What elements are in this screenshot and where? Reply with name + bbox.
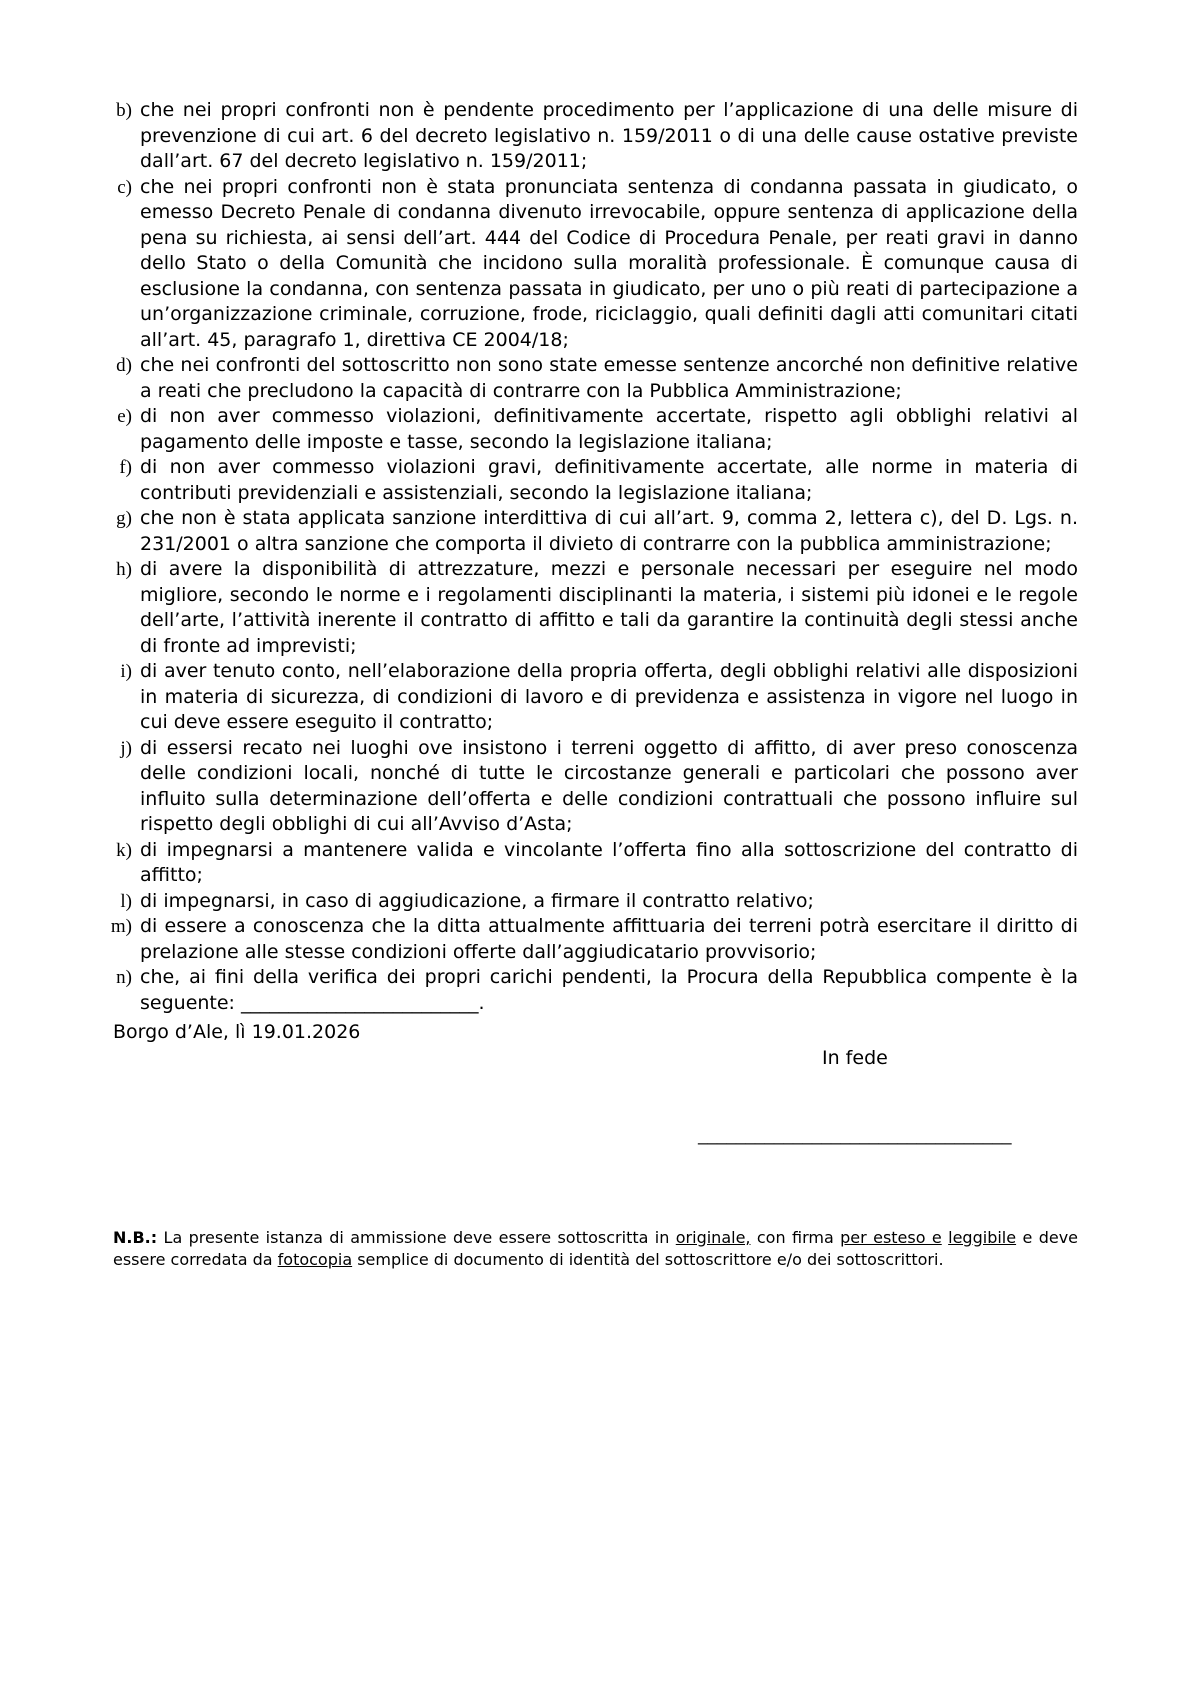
list-item: g)che non è stata applicata sanzione int… xyxy=(113,506,1078,557)
nb-segment: essere corredata da xyxy=(113,1250,278,1269)
list-item-text: che non è stata applicata sanzione inter… xyxy=(140,507,1078,555)
signature-line: _________________________________ xyxy=(698,1122,1078,1148)
list-item-text: che, ai fini della verifica dei propri c… xyxy=(140,966,1078,1014)
list-item-text: di impegnarsi, in caso di aggiudicazione… xyxy=(140,890,814,912)
list-item-marker: e) xyxy=(107,404,132,430)
list-item-marker: h) xyxy=(107,557,132,583)
place-date: Borgo d’Ale, lì 19.01.2026 xyxy=(113,1020,1078,1046)
list-item-marker: f) xyxy=(107,455,132,481)
list-item: l)di impegnarsi, in caso di aggiudicazio… xyxy=(113,889,1078,915)
nb-note-line: N.B.: La presente istanza di ammissione … xyxy=(113,1227,1078,1249)
list-item-text: di essersi recato nei luoghi ove insisto… xyxy=(140,737,1078,836)
nb-note-line: essere corredata da fotocopia semplice d… xyxy=(113,1249,1078,1271)
statement-list: b)che nei propri confronti non è pendent… xyxy=(113,98,1078,1016)
list-item: e)di non aver commesso violazioni, defin… xyxy=(113,404,1078,455)
list-item: i)di aver tenuto conto, nell’elaborazion… xyxy=(113,659,1078,736)
list-item: d)che nei confronti del sottoscritto non… xyxy=(113,353,1078,404)
nb-segment: e deve xyxy=(1016,1228,1078,1247)
list-item-marker: m) xyxy=(107,914,132,940)
list-item: f)di non aver commesso violazioni gravi,… xyxy=(113,455,1078,506)
list-item: j)di essersi recato nei luoghi ove insis… xyxy=(113,736,1078,838)
list-item-marker: b) xyxy=(107,98,132,124)
nb-segment: leggibile xyxy=(948,1228,1016,1247)
list-item: h)di avere la disponibilità di attrezzat… xyxy=(113,557,1078,659)
nb-segment: per esteso e xyxy=(840,1228,942,1247)
list-item-marker: n) xyxy=(107,965,132,991)
list-item-text: di aver tenuto conto, nell’elaborazione … xyxy=(140,660,1078,733)
nb-segment: fotocopia xyxy=(278,1250,352,1269)
list-item-text: che nei confronti del sottoscritto non s… xyxy=(140,354,1078,402)
list-item-marker: l) xyxy=(107,889,132,915)
in-fede-label: In fede xyxy=(822,1046,1078,1072)
list-item: b)che nei propri confronti non è pendent… xyxy=(113,98,1078,175)
list-item-text: di avere la disponibilità di attrezzatur… xyxy=(140,558,1078,657)
list-item: c)che nei propri confronti non è stata p… xyxy=(113,175,1078,354)
document-page: b)che nei propri confronti non è pendent… xyxy=(113,98,1078,1271)
list-item: n)che, ai fini della verifica dei propri… xyxy=(113,965,1078,1016)
list-item-marker: k) xyxy=(107,838,132,864)
list-item: m)di essere a conoscenza che la ditta at… xyxy=(113,914,1078,965)
list-item-text: di non aver commesso violazioni, definit… xyxy=(140,405,1078,453)
nb-segment: La presente istanza di ammissione deve e… xyxy=(157,1228,676,1247)
list-item-text: che nei propri confronti non è stata pro… xyxy=(140,176,1078,351)
list-item: k)di impegnarsi a mantenere valida e vin… xyxy=(113,838,1078,889)
list-item-text: che nei propri confronti non è pendente … xyxy=(140,99,1078,172)
list-item-text: di essere a conoscenza che la ditta attu… xyxy=(140,915,1078,963)
nb-segment: con firma xyxy=(751,1228,841,1247)
nb-note: N.B.: La presente istanza di ammissione … xyxy=(113,1227,1078,1271)
list-item-marker: j) xyxy=(107,736,132,762)
list-item-marker: g) xyxy=(107,506,132,532)
list-item-marker: d) xyxy=(107,353,132,379)
nb-segment: semplice di documento di identità del so… xyxy=(352,1250,943,1269)
nb-segment: N.B.: xyxy=(113,1228,157,1247)
list-item-text: di impegnarsi a mantenere valida e vinco… xyxy=(140,839,1078,887)
list-item-text: di non aver commesso violazioni gravi, d… xyxy=(140,456,1078,504)
list-item-marker: i) xyxy=(107,659,132,685)
nb-segment: originale, xyxy=(676,1228,751,1247)
list-item-marker: c) xyxy=(107,175,132,201)
